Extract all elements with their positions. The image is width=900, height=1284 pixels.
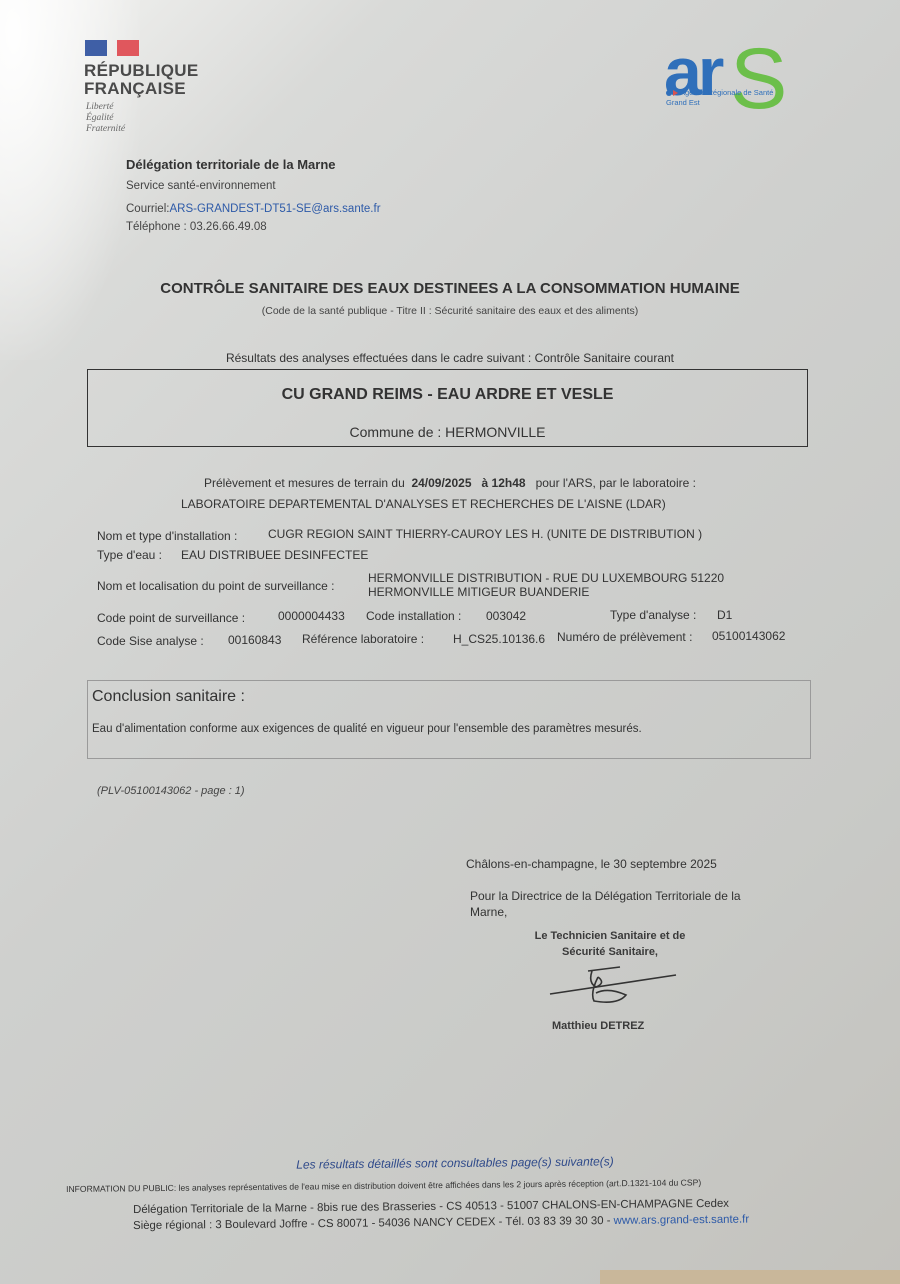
analysis-context: Résultats des analyses effectuées dans l… (0, 351, 900, 365)
code-point-label: Code point de surveillance : (97, 611, 245, 625)
lab-reference-label: Référence laboratoire : (302, 632, 424, 646)
sampling-date: 24/09/2025 (411, 476, 471, 490)
marianne-flag-icon (85, 40, 139, 56)
conclusion-heading: Conclusion sanitaire : (92, 688, 245, 706)
signatory-name: Matthieu DETREZ (552, 1020, 644, 1032)
sample-number-value: 05100143062 (712, 629, 785, 643)
ars-dot-icon (666, 90, 672, 96)
lab-reference-value: H_CS25.10136.6 (453, 632, 556, 646)
ars-agency: Agence Régionale de Santé (680, 88, 773, 97)
commune-name: Commune de : HERMONVILLE (88, 424, 807, 440)
website-link[interactable]: www.ars.grand-est.sante.fr (614, 1214, 750, 1227)
ars-region: Grand Est (666, 98, 773, 108)
signature-role-line2: Sécurité Sanitaire, (505, 944, 715, 960)
handwritten-signature-icon (548, 965, 678, 1005)
service-name: Service santé-environnement (126, 180, 276, 192)
signature-place-date: Châlons-en-champagne, le 30 septembre 20… (466, 857, 717, 871)
signature-on-behalf: Pour la Directrice de la Délégation Terr… (470, 888, 755, 920)
code-sise-value: 00160843 (228, 633, 281, 647)
code-installation-value: 003042 (486, 609, 526, 623)
sampling-time: à 12h48 (482, 476, 526, 490)
water-type-value: EAU DISTRIBUEE DESINFECTEE (181, 548, 368, 562)
sample-number-label: Numéro de prélèvement : (557, 630, 692, 644)
email-label: Courriel: (126, 203, 169, 215)
email-link[interactable]: ARS-GRANDEST-DT51-SE@ars.sante.fr (169, 203, 380, 215)
surveillance-point-value-2: HERMONVILLE MITIGEUR BUANDERIE (368, 585, 589, 599)
sampling-prefix: Prélèvement et mesures de terrain du (204, 476, 405, 490)
regional-address-text: Siège régional : 3 Boulevard Joffre - CS… (133, 1215, 614, 1232)
conclusion-text: Eau d'alimentation conforme aux exigence… (92, 723, 642, 735)
installation-label: Nom et type d'installation : (97, 529, 237, 543)
conclusion-box: Conclusion sanitaire : Eau d'alimentatio… (87, 680, 811, 759)
email-line: Courriel:ARS-GRANDEST-DT51-SE@ars.sante.… (126, 203, 381, 215)
sampling-line: Prélèvement et mesures de terrain du 24/… (204, 476, 696, 490)
devise-liberte: Liberté (86, 102, 125, 113)
republique-francaise-logo: RÉPUBLIQUE FRANÇAISE (84, 62, 198, 98)
table-surface (600, 1270, 900, 1284)
ars-arrow-icon (673, 90, 678, 96)
code-sise-label: Code Sise analyse : (97, 634, 204, 648)
installation-value: CUGR REGION SAINT THIERRY-CAUROY LES H. … (268, 527, 702, 541)
document-subtitle: (Code de la santé publique - Titre II : … (0, 305, 900, 317)
delegation-address: Délégation Territoriale de la Marne - 8b… (133, 1198, 729, 1216)
ars-logo-s: S (730, 36, 787, 122)
delegation-name: Délégation territoriale de la Marne (126, 157, 336, 172)
devise-egalite: Égalité (86, 113, 125, 124)
page-reference: (PLV-05100143062 - page : 1) (97, 785, 245, 797)
signature-role-line1: Le Technicien Sanitaire et de (505, 928, 715, 944)
phone-line: Téléphone : 03.26.66.49.08 (126, 221, 267, 233)
republique-line1: RÉPUBLIQUE (84, 62, 198, 80)
regional-address: Siège régional : 3 Boulevard Joffre - CS… (133, 1214, 749, 1232)
sampling-suffix: pour l'ARS, par le laboratoire : (536, 476, 696, 490)
signature-role: Le Technicien Sanitaire et de Sécurité S… (505, 928, 715, 960)
ars-logo-subtitle: Agence Régionale de Santé Grand Est (666, 88, 773, 108)
analysis-type-value: D1 (717, 608, 732, 622)
network-box: CU GRAND REIMS - EAU ARDRE ET VESLE Comm… (87, 369, 808, 447)
code-installation-label: Code installation : (366, 609, 461, 623)
devise: Liberté Égalité Fraternité (86, 102, 125, 135)
analysis-type-label: Type d'analyse : (610, 608, 696, 622)
code-point-value: 0000004433 (278, 609, 345, 623)
water-type-label: Type d'eau : (97, 548, 162, 562)
devise-fraternite: Fraternité (86, 124, 125, 135)
laboratory-name: LABORATOIRE DEPARTEMENTAL D'ANALYSES ET … (181, 497, 666, 511)
network-name: CU GRAND REIMS - EAU ARDRE ET VESLE (88, 386, 807, 404)
surveillance-point-label: Nom et localisation du point de surveill… (97, 579, 334, 593)
detailed-results-note: Les résultats détaillés sont consultable… (0, 1151, 900, 1175)
document-title: CONTRÔLE SANITAIRE DES EAUX DESTINEES A … (0, 280, 900, 297)
public-information: INFORMATION DU PUBLIC: les analyses repr… (66, 1177, 701, 1194)
surveillance-point-value-1: HERMONVILLE DISTRIBUTION - RUE DU LUXEMB… (368, 571, 724, 585)
republique-line2: FRANÇAISE (84, 80, 198, 98)
